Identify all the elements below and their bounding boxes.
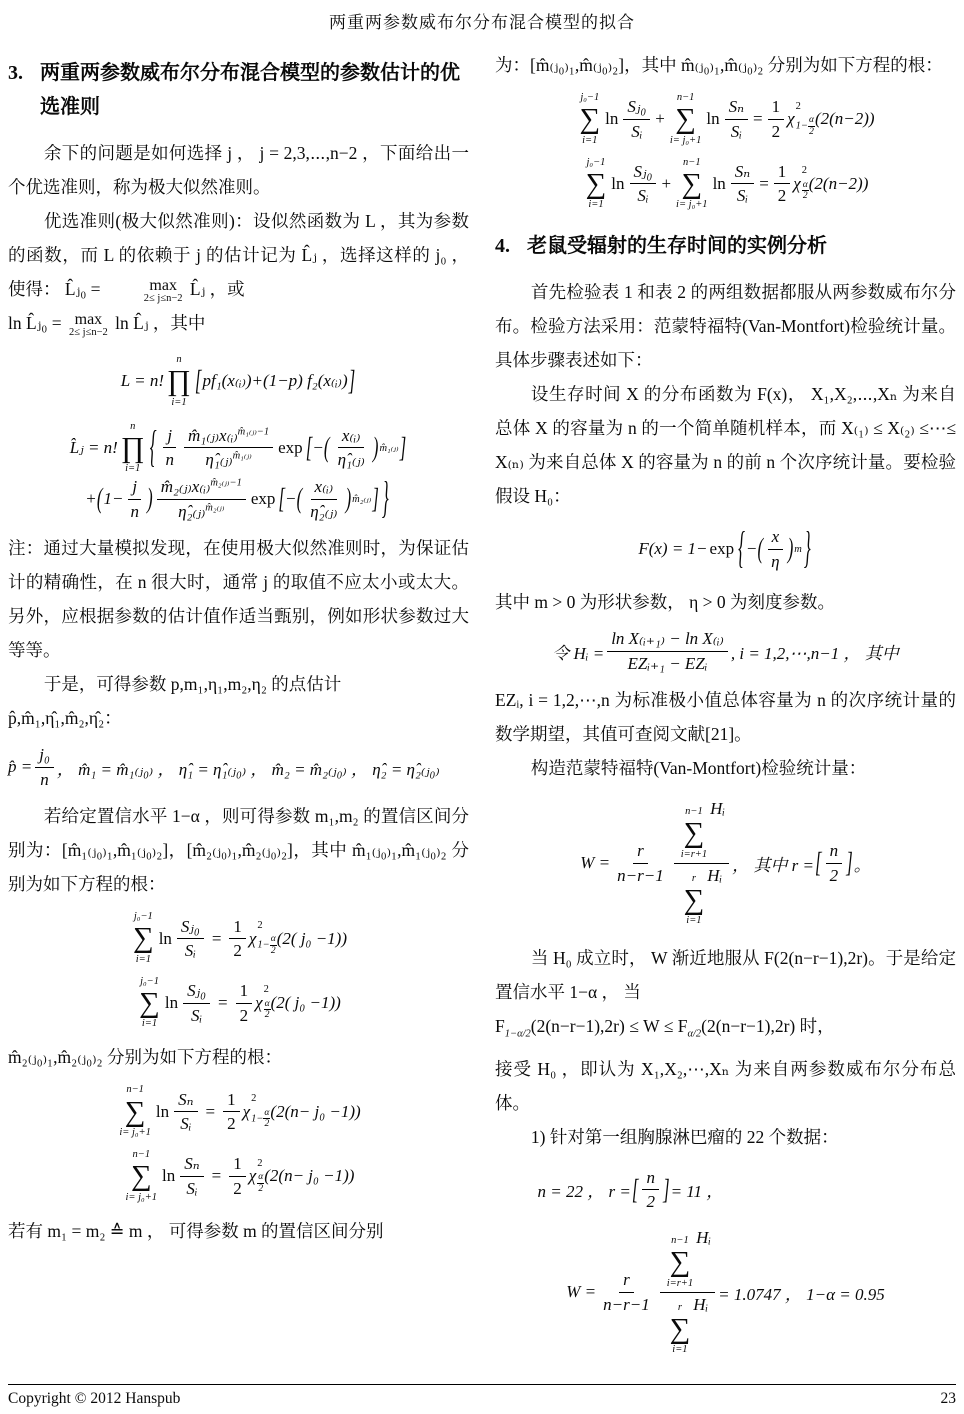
equation-Lj-row1: L̂ⱼ = n! n∏i=1 { jn m̂₁₍ⱼ₎x₍ᵢ₎m̂₁₍ⱼ₎−1η̂…: [8, 421, 469, 476]
F-symbol: F: [495, 1016, 505, 1036]
left-paren: (: [757, 532, 763, 566]
alpha-over-2: α2: [270, 934, 277, 956]
equation-chi-m1-lower: j₀−1∑i=1 ln Sⱼ₀Sᵢ = 12 χ 21−α2 (2( j₀ −1…: [8, 911, 469, 966]
summation: n−1∑i=r+1: [681, 806, 707, 861]
numerator: Sⱼ₀: [623, 97, 650, 120]
denominator: η̂₂₍ⱼ₎m̂₂₍ⱼ₎: [174, 500, 228, 522]
math-tail: (2(n−r−1),2r) 时，: [701, 1016, 834, 1036]
fraction-Hi: ln X₍ᵢ₊₁₎ − ln X₍ᵢ₎EZᵢ₊₁ − EZᵢ: [607, 629, 728, 673]
running-title: 两重两参数威布尔分布混合模型的拟合: [0, 8, 964, 33]
chi-scripts: 2α2: [264, 985, 271, 1020]
numerator: Sⱼ₀: [177, 917, 204, 940]
fraction-sum-ratio: n−1∑i=r+1Hᵢ r∑i=1Hᵢ: [674, 799, 729, 927]
alpha-over-2: α2: [264, 999, 271, 1021]
denominator: n−r−1: [613, 864, 668, 886]
paragraph-if-equal-m: 若有 m₁ = m₂ ≙ m ， 可得参数 m 的置信区间分别: [8, 1214, 469, 1248]
numerator: j: [163, 426, 176, 449]
right-paren: ): [788, 532, 794, 566]
section-title: 老鼠受辐射的生存时间的实例分析: [527, 229, 956, 263]
equation-chi-combined-upper: j₀−1∑i=1 ln Sⱼ₀Sᵢ + n−1∑i= j₀+1 ln SₙSᵢ …: [495, 157, 956, 212]
fraction-S: SₙSᵢ: [180, 1154, 203, 1198]
numerator: x: [768, 527, 784, 550]
fraction-n-2: n2: [826, 841, 843, 885]
denominator: Sᵢ: [627, 120, 646, 142]
inline-math-max: L̂ⱼ₀ = max2≤ j≤n−2 L̂ⱼ ，或: [65, 279, 245, 299]
operator: ∏: [121, 433, 145, 463]
numerator: r: [633, 841, 648, 864]
exp-operator: exp: [278, 438, 303, 458]
denominator: n: [162, 448, 179, 470]
denominator: n−r−1: [599, 1293, 654, 1315]
denominator: Sᵢ: [187, 1004, 206, 1026]
numerator: j: [128, 477, 141, 500]
fraction-j-n: jn: [127, 477, 144, 521]
fraction-j0-n: j₀n: [35, 745, 54, 789]
fraction-S: SₙSᵢ: [725, 97, 748, 141]
chi-symbol: χ: [249, 1166, 256, 1186]
right-bracket: ]: [663, 1173, 670, 1207]
numerator: Sₙ: [731, 162, 754, 185]
lower-limit: i= j₀+1: [676, 199, 708, 211]
plus-sign: +: [86, 489, 96, 509]
summation: n−1∑i= j₀+1: [119, 1084, 151, 1139]
math-mid: (2(n−r−1),2r) ≤ W ≤ F: [531, 1016, 688, 1036]
chi-squared-exponent: 2: [257, 1159, 262, 1170]
upper-limit: j₀−1: [587, 157, 606, 169]
one-half: 12: [768, 97, 785, 141]
summation: j₀−1∑i=1: [139, 976, 160, 1031]
alpha-over-2: α2: [257, 1172, 264, 1194]
numerator: j₀: [35, 745, 54, 768]
exp-operator: exp: [251, 489, 276, 509]
right-column: 为：[m̂₍ⱼ₀₎₁,m̂₍ⱼ₀₎₂]，其中 m̂₍ⱼ₀₎₁,m̂₍ⱼ₀₎₂ 分…: [495, 48, 956, 1372]
page-footer: Copyright © 2012 Hanspub 23: [8, 1384, 956, 1408]
lower-limit: i=1: [582, 135, 597, 147]
superscript: m̂₁₍ⱼ₎−1: [238, 426, 270, 437]
paragraph-interval-m: 为：[m̂₍ⱼ₀₎₁,m̂₍ⱼ₀₎₂]，其中 m̂₍ⱼ₀₎₁,m̂₍ⱼ₀₎₂ 分…: [495, 48, 956, 82]
ln-operator: ln: [162, 1166, 175, 1186]
superscript: m̂₂₍ⱼ₎: [205, 502, 224, 513]
math-tail: (2(n−2)): [815, 109, 875, 129]
equals-sign: =: [206, 1102, 216, 1122]
product-symbol: n∏i=1: [167, 354, 191, 409]
math-tail: (2(n− j₀ −1)): [270, 1102, 360, 1122]
ln-operator: ln: [159, 929, 172, 949]
section-3-heading: 3. 两重两参数威布尔分布混合模型的参数估计的优选准则: [8, 56, 469, 124]
denominator: η: [767, 550, 783, 572]
fraction-sum-ratio: n−1∑i=r+1Hᵢ r∑i=1Hᵢ: [660, 1228, 715, 1356]
math-rhs: L̂ⱼ ，: [190, 279, 227, 299]
left-bracket: [: [195, 364, 202, 398]
page-number: 23: [941, 1390, 957, 1408]
lower-limit: i= j₀+1: [119, 1127, 151, 1139]
left-brace: {: [150, 422, 157, 474]
paragraph-estimates-symbols: p̂,m̂₁,η̂₁,m̂₂,η̂₂：: [8, 701, 469, 735]
section-title: 两重两参数威布尔分布混合模型的参数估计的优选准则: [40, 56, 469, 124]
fraction-S: Sⱼ₀Sᵢ: [177, 917, 204, 961]
ln-operator: ln: [165, 993, 178, 1013]
numerator: n: [826, 841, 843, 864]
equation-Hi-definition: 令 Hᵢ = ln X₍ᵢ₊₁₎ − ln X₍ᵢ₎EZᵢ₊₁ − EZᵢ , …: [495, 629, 956, 673]
lower-limit: i= j₀+1: [126, 1192, 158, 1204]
numerator: r: [619, 1270, 634, 1293]
equals-sign: =: [218, 993, 228, 1013]
fraction-j-n: jn: [162, 426, 179, 470]
equation-weibull-cdf: F(x) = 1− exp { − ( xη )m }: [495, 527, 956, 571]
math-tail: (2(n−2)): [809, 174, 869, 194]
right-bracket: ]: [400, 431, 407, 465]
chi-scripts: 2α2: [802, 166, 809, 201]
denominator: EZᵢ₊₁ − EZᵢ: [624, 652, 712, 674]
math-end: 。: [854, 851, 871, 876]
paragraph-EZ: EZᵢ, i = 1,2,⋯,n 为标准极小值总体容量为 n 的次序统计量的数学…: [495, 683, 956, 751]
math-lhs: F(x) = 1−: [638, 539, 707, 559]
numerator: ln X₍ᵢ₊₁₎ − ln X₍ᵢ₎: [607, 629, 728, 652]
chi-squared-exponent: 2: [251, 1094, 256, 1105]
math-lhs: W =: [580, 853, 610, 873]
ln-operator: ln: [156, 1102, 169, 1122]
subscript: 1−α/2: [505, 1029, 531, 1040]
numerator: n−1∑i=r+1Hᵢ: [660, 1228, 715, 1293]
equals-sign: =: [753, 109, 763, 129]
plus-sign: +: [655, 109, 665, 129]
equation-likelihood-L: L = n! n∏i=1 [ pf₁(x₍ᵢ₎)+(1−p) f₂(x₍ᵢ₎) …: [8, 354, 469, 409]
chi-symbol: χ: [255, 993, 262, 1013]
fraction-S: SₙSᵢ: [174, 1090, 197, 1134]
summation: n−1∑i= j₀+1: [126, 1149, 158, 1204]
fraction-x-eta: xη: [767, 527, 783, 571]
section-number: 4.: [495, 229, 527, 263]
equals-sign: =: [759, 174, 769, 194]
paragraph-accept-H0: 接受 H₀ ，即认为 X₁,X₂,⋯,Xₙ 为来自两参数威布尔分布总体。: [495, 1052, 956, 1120]
denominator: η̂₁₍ⱼ₎: [334, 448, 369, 470]
equation-chi-m2-lower: n−1∑i= j₀+1 ln SₙSᵢ = 12 χ 21−α2 (2(n− j…: [8, 1084, 469, 1139]
denominator: n: [36, 768, 53, 790]
math-tail: (2( j₀ −1)): [277, 929, 347, 949]
chi-squared-exponent: 2: [796, 102, 801, 113]
paragraph-confidence: 若给定置信水平 1−α ，则可得参数 m₁,m₂ 的置信区间分别为：[m̂₁₍ⱼ…: [8, 799, 469, 901]
math-mid: ， 其中 r =: [732, 851, 814, 876]
left-bracket: [: [632, 1173, 639, 1207]
equation-W-result: W = rn−r−1 n−1∑i=r+1Hᵢ r∑i=1Hᵢ = 1.0747 …: [495, 1228, 956, 1356]
fraction-density2: m̂₂₍ⱼ₎x₍ᵢ₎m̂₂₍ⱼ₎−1η̂₂₍ⱼ₎m̂₂₍ⱼ₎: [157, 477, 246, 521]
summation: n−1∑i= j₀+1: [676, 157, 708, 212]
summation: j₀−1∑i=1: [586, 157, 607, 212]
math-rest: ， m̂₁ = m̂₁₍ⱼ₀₎ ， η̂₁ = η̂₁₍ⱼ₀₎ ， m̂₂ = …: [57, 755, 440, 780]
math-body: pf₁(x₍ᵢ₎)+(1−p) f₂(x₍ᵢ₎): [203, 371, 348, 391]
denominator: Sᵢ: [733, 184, 752, 206]
minus-sign: −: [286, 489, 296, 509]
one-half: 12: [223, 1090, 240, 1134]
math-lhs: 令 Hᵢ =: [552, 639, 604, 664]
chi-scripts: 21−α2: [251, 1094, 270, 1129]
superscript: m̂₁₍ⱼ₎: [379, 442, 398, 454]
math-tail: = 11 ，: [671, 1177, 724, 1202]
chi-symbol: χ: [243, 1102, 250, 1122]
numerator: Sₙ: [174, 1090, 197, 1113]
summation: j₀−1∑i=1: [133, 911, 154, 966]
numerator: Sₙ: [725, 97, 748, 120]
math-lhs: L = n!: [121, 371, 164, 391]
ln-operator: ln: [611, 174, 624, 194]
text-run: 或: [227, 279, 245, 299]
left-column: 3. 两重两参数威布尔分布混合模型的参数估计的优选准则 余下的问题是如何选择 j…: [8, 48, 469, 1372]
lower-limit: i= j₀+1: [670, 135, 702, 147]
chi-subscript: α2: [264, 999, 271, 1021]
math-rhs: ln L̂ⱼ ，: [115, 313, 170, 333]
upper-limit: n−1: [126, 1084, 144, 1096]
equation-chi-m2-upper: n−1∑i= j₀+1 ln SₙSᵢ = 12 χ 2α2 (2(n− j₀ …: [8, 1149, 469, 1204]
denominator: 2: [642, 1190, 659, 1212]
right-bracket: ]: [349, 364, 356, 398]
max-operator: max2≤ j≤n−2: [69, 312, 108, 339]
math-tail: (2( j₀ −1)): [271, 993, 341, 1013]
equation-W-statistic: W = rn−r−1 n−1∑i=r+1Hᵢ r∑i=1Hᵢ ， 其中 r = …: [495, 799, 956, 927]
left-bracket: [: [815, 846, 822, 880]
chi-symbol: χ: [249, 929, 256, 949]
chi-subscript: 1−α2: [251, 1108, 270, 1130]
equation-chi-combined-lower: j₀−1∑i=1 ln Sⱼ₀Sᵢ + n−1∑i= j₀+1 ln SₙSᵢ …: [495, 92, 956, 147]
exp-operator: exp: [710, 539, 735, 559]
paragraph-choose-j: 余下的问题是如何选择 j ， j = 2,3,⋯,n−2 ，下面给出一个优选准则…: [8, 136, 469, 204]
lower-limit: i=1: [142, 1018, 157, 1030]
fraction-S: Sⱼ₀Sᵢ: [623, 97, 650, 141]
chi-squared-exponent: 2: [802, 166, 807, 177]
operator: ∑: [586, 169, 607, 199]
minus-sign: −: [313, 438, 323, 458]
left-paren: (: [324, 431, 330, 465]
superscript: m̂₂₍ⱼ₎: [352, 493, 371, 505]
right-brace: }: [382, 473, 389, 525]
denominator: Sᵢ: [633, 184, 652, 206]
alpha-over-2: α2: [802, 180, 809, 202]
numerator: Sⱼ₀: [183, 981, 210, 1004]
right-brace: }: [804, 523, 811, 575]
right-paren: ): [373, 431, 379, 465]
right-paren: ): [147, 482, 153, 516]
math-lhs: W =: [566, 1282, 596, 1302]
plus-sign: +: [661, 174, 671, 194]
operator: ∑: [579, 104, 600, 134]
alpha-over-2: α2: [263, 1108, 270, 1130]
one-half: 12: [774, 162, 791, 206]
paragraph-criterion: 优选准则(极大似然准则)：设似然函数为 L ，其为参数的函数，而 L 的依赖于 …: [8, 204, 469, 306]
denominator: Sᵢ: [176, 1112, 195, 1134]
fraction-density1: m̂₁₍ⱼ₎x₍ᵢ₎m̂₁₍ⱼ₎−1η̂₁₍ⱼ₎m̂₁₍ⱼ₎: [184, 426, 273, 470]
paragraph-F-inequality: F1−α/2(2(n−r−1),2r) ≤ W ≤ Fα/2(2(n−r−1),…: [495, 1009, 956, 1052]
chi-squared-exponent: 2: [264, 985, 269, 996]
numerator: x₍ᵢ₎: [311, 477, 338, 500]
math-lhs: p̂ =: [8, 757, 32, 777]
fraction-r: rn−r−1: [599, 1270, 654, 1314]
numerator: Sⱼ₀: [630, 162, 657, 185]
limit: 2≤ j≤n−2: [108, 294, 183, 305]
operator: max: [114, 278, 177, 294]
equation-point-estimates: p̂ = j₀n ， m̂₁ = m̂₁₍ⱼ₀₎ ， η̂₁ = η̂₁₍ⱼ₀₎…: [8, 745, 469, 789]
paragraph-test-intro: 首先检验表 1 和表 2 的两组数据都服从两参数威布尔分布。检验方法采用：范蒙特…: [495, 275, 956, 377]
ln-operator: ln: [713, 174, 726, 194]
chi-symbol: χ: [793, 174, 800, 194]
chi-subscript: 1−α2: [796, 115, 815, 137]
product-symbol: n∏i=1: [121, 421, 145, 476]
summation: r∑i=1: [670, 1302, 691, 1357]
subscript: α/2: [687, 1029, 701, 1040]
fraction-S: SₙSᵢ: [731, 162, 754, 206]
chi-squared-exponent: 2: [257, 921, 262, 932]
operator: ∑: [125, 1097, 146, 1127]
operator: ∑: [139, 988, 160, 1018]
operator: ∏: [167, 366, 191, 396]
fraction-S: Sⱼ₀Sᵢ: [630, 162, 657, 206]
operator: max: [75, 312, 103, 328]
paragraph-H0-holds: 当 H₀ 成立时， W 渐近地服从 F(2(n−r−1),2r)。于是给定置信水…: [495, 941, 956, 1009]
numerator: n−1∑i=r+1Hᵢ: [674, 799, 729, 864]
operator: ∑: [131, 1161, 152, 1191]
equals-sign: =: [212, 929, 222, 949]
superscript: m: [794, 544, 802, 555]
denominator: η̂₂₍ⱼ₎: [306, 500, 341, 522]
one-half: 12: [229, 1154, 246, 1198]
lower-limit: i=1: [171, 397, 186, 409]
denominator: r∑i=1Hᵢ: [663, 1293, 713, 1357]
numerator: m̂₁₍ⱼ₎x₍ᵢ₎m̂₁₍ⱼ₎−1: [184, 426, 273, 449]
operator: ∑: [681, 169, 702, 199]
math-lhs: n = 22 ， r =: [538, 1177, 631, 1202]
left-brace: {: [738, 523, 745, 575]
denominator: n: [127, 500, 144, 522]
paragraph-order-statistics: 设生存时间 X 的分布函数为 F(x)， X₁,X₂,⋯,Xₙ 为来自总体 X …: [495, 377, 956, 513]
left-bracket: [: [278, 482, 285, 516]
max-operator: max2≤ j≤n−2: [108, 278, 183, 305]
limit: 2≤ j≤n−2: [69, 328, 108, 339]
chi-subscript: α2: [802, 180, 809, 202]
denominator: Sᵢ: [181, 939, 200, 961]
text-run: 其中: [170, 313, 205, 333]
one-half: 12: [236, 981, 253, 1025]
lower-limit: i=1: [588, 199, 603, 211]
section-4-heading: 4. 老鼠受辐射的生存时间的实例分析: [495, 229, 956, 263]
operator: ∑: [133, 923, 154, 953]
numerator: m̂₂₍ⱼ₎x₍ᵢ₎m̂₂₍ⱼ₎−1: [157, 477, 246, 500]
paragraph-roots-m2: m̂₂₍ⱼ₀₎₁,m̂₂₍ⱼ₀₎₂ 分别为如下方程的根：: [8, 1040, 469, 1074]
chi-symbol: χ: [787, 109, 794, 129]
chi-scripts: 2α2: [257, 1159, 264, 1194]
chi-scripts: 21−α2: [796, 102, 815, 137]
upper-limit: n: [130, 421, 135, 433]
chi-scripts: 21−α2: [257, 921, 276, 956]
right-bracket: ]: [846, 846, 853, 880]
summation: j₀−1∑i=1: [579, 92, 600, 147]
fraction-x-eta2: x₍ᵢ₎η̂₂₍ⱼ₎: [306, 477, 341, 521]
math-tail: (2(n− j₀ −1)): [264, 1166, 354, 1186]
copyright-text: Copyright © 2012 Hanspub: [8, 1390, 180, 1408]
denominator: 2: [826, 864, 843, 886]
summation: n−1∑i=r+1: [667, 1235, 693, 1290]
denominator: Sᵢ: [182, 1177, 201, 1199]
numerator: Sₙ: [180, 1154, 203, 1177]
equation-n-r-values: n = 22 ， r = [ n2 ] = 11 ，: [495, 1168, 956, 1212]
one-half: 12: [229, 917, 246, 961]
math-result: = 1.0747 ， 1−α = 0.95: [718, 1280, 885, 1305]
denominator: η̂₁₍ⱼ₎m̂₁₍ⱼ₎: [201, 448, 255, 470]
summation: r∑i=1: [684, 873, 705, 928]
paragraph-point-estimates: 于是，可得参数 p,m₁,η₁,m₂,η₂ 的点估计: [8, 667, 469, 701]
math-lhs: ln L̂ⱼ₀ =: [8, 313, 62, 333]
left-bracket: [: [306, 431, 313, 465]
left-paren: (: [297, 482, 303, 516]
math-lhs: L̂ⱼ = n!: [70, 438, 118, 458]
numerator: n: [642, 1168, 659, 1191]
chi-subscript: α2: [257, 1172, 264, 1194]
fraction-x-eta1: x₍ᵢ₎η̂₁₍ⱼ₎: [334, 426, 369, 470]
denominator: Sᵢ: [727, 120, 746, 142]
paragraph-construct-W: 构造范蒙特福特(Van-Montfort)检验统计量：: [495, 751, 956, 785]
ln-operator: ln: [605, 109, 618, 129]
lower-limit: i=1: [136, 954, 151, 966]
paragraph-note: 注：通过大量模拟发现，在使用极大似然准则时，为保证估计的精确性，在 n 很大时，…: [8, 531, 469, 667]
equation-chi-m1-upper: j₀−1∑i=1 ln Sⱼ₀Sᵢ = 12 χ 2α2 (2( j₀ −1)): [8, 976, 469, 1031]
right-paren: ): [345, 482, 351, 516]
chi-subscript: 1−α2: [257, 934, 276, 956]
paragraph-lnmax: ln L̂ⱼ₀ = max2≤ j≤n−2 ln L̂ⱼ ，其中: [8, 306, 469, 340]
equals-sign: =: [212, 1166, 222, 1186]
one-minus: 1−: [104, 489, 124, 509]
denominator: r∑i=1Hᵢ: [677, 864, 727, 928]
paragraph-first-dataset: 1) 针对第一组胸腺淋巴瘤的 22 个数据：: [495, 1120, 956, 1154]
fraction-n-2: n2: [642, 1168, 659, 1212]
paragraph-shape-scale: 其中 m > 0 为形状参数， η > 0 为刻度参数。: [495, 585, 956, 619]
summation: n−1∑i= j₀+1: [670, 92, 702, 147]
numerator: x₍ᵢ₎: [338, 426, 365, 449]
superscript: m̂₂₍ⱼ₎−1: [210, 477, 242, 488]
math-tail: , i = 1,2,⋯,n−1 ， 其中: [731, 639, 899, 664]
operator: ∑: [675, 104, 696, 134]
minus-sign: −: [747, 539, 757, 559]
alpha-over-2: α2: [808, 115, 815, 137]
math-lhs: L̂ⱼ₀ =: [65, 279, 101, 299]
equation-Lj-row2: + (1− jn ) m̂₂₍ⱼ₎x₍ᵢ₎m̂₂₍ⱼ₎−1η̂₂₍ⱼ₎m̂₂₍ⱼ…: [8, 477, 469, 521]
lower-limit: i=1: [125, 463, 140, 475]
left-paren: (: [97, 482, 103, 516]
superscript: m̂₁₍ⱼ₎: [233, 451, 252, 462]
ln-operator: ln: [706, 109, 719, 129]
right-bracket: ]: [372, 482, 379, 516]
fraction-S: Sⱼ₀Sᵢ: [183, 981, 210, 1025]
fraction-r: rn−r−1: [613, 841, 668, 885]
two-column-body: 3. 两重两参数威布尔分布混合模型的参数估计的优选准则 余下的问题是如何选择 j…: [8, 48, 956, 1372]
section-number: 3.: [8, 56, 40, 124]
upper-limit: n−1: [683, 157, 701, 169]
